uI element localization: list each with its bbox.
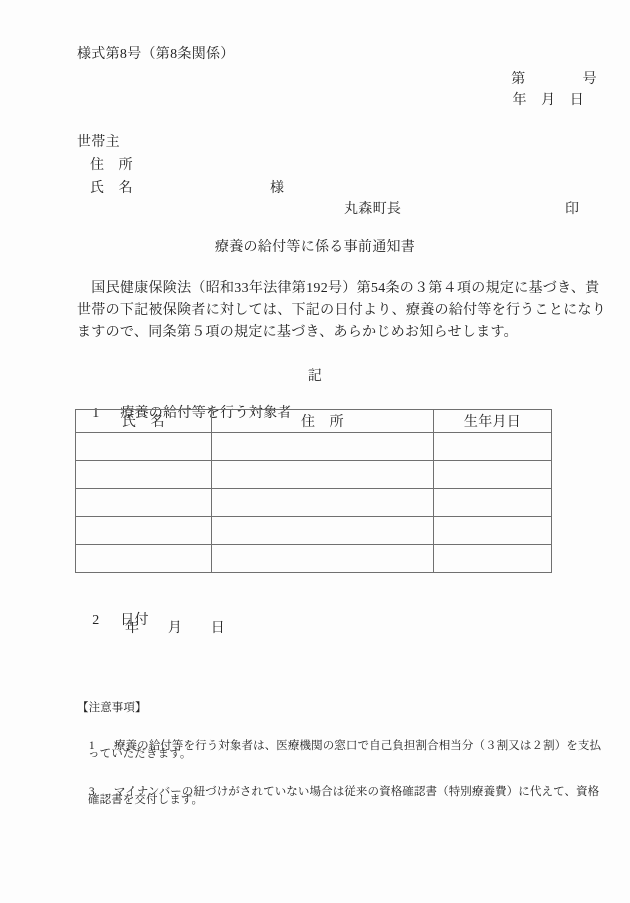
table-row bbox=[76, 517, 552, 545]
body-line-1: 国民健康保険法（昭和33年法律第192号）第54条の３第４項の規定に基づき、貴 bbox=[77, 281, 599, 296]
table-cell bbox=[76, 517, 212, 545]
table-cell bbox=[434, 517, 552, 545]
table-header-address: 住 所 bbox=[212, 410, 434, 433]
table-cell bbox=[212, 461, 434, 489]
document-page: 様式第8号（第8条関係） 第 号 年 月 日 世帯主 住 所 氏 名 様 丸森町… bbox=[0, 0, 630, 903]
honorific-label: 様 bbox=[270, 181, 284, 196]
table-cell bbox=[212, 545, 434, 573]
record-marker: 記 bbox=[0, 369, 630, 384]
notes-heading: 【注意事項】 bbox=[77, 701, 147, 716]
page-title: 療養の給付等に係る事前通知書 bbox=[0, 240, 630, 255]
table-cell bbox=[76, 433, 212, 461]
seal-mark: 印 bbox=[565, 202, 579, 217]
table-row bbox=[76, 489, 552, 517]
body-line-2: 世帯の下記被保険者に対しては、下記の日付より、療養の給付等を行うことになり bbox=[77, 303, 606, 318]
table-cell bbox=[212, 517, 434, 545]
table-cell bbox=[434, 545, 552, 573]
table-header-name: 氏 名 bbox=[76, 410, 212, 433]
note-item-2-line-2: 確認書を交付します。 bbox=[88, 793, 203, 808]
household-head-label: 世帯主 bbox=[77, 135, 120, 150]
form-number-label: 様式第8号（第8条関係） bbox=[77, 47, 235, 62]
section-2-date-placeholder: 年 月 日 bbox=[125, 621, 225, 636]
table-row bbox=[76, 461, 552, 489]
body-line-3: ますので、同条第５項の規定に基づき、あらかじめお知らせします。 bbox=[77, 325, 518, 340]
address-label: 住 所 bbox=[90, 158, 133, 173]
table-cell bbox=[434, 433, 552, 461]
recipients-table: 氏 名 住 所 生年月日 bbox=[75, 409, 552, 573]
table-cell bbox=[212, 433, 434, 461]
table-row bbox=[76, 545, 552, 573]
issue-date-line: 年 月 日 bbox=[513, 93, 585, 108]
table-cell bbox=[434, 461, 552, 489]
table-body bbox=[76, 433, 552, 573]
section-2-number: 2 bbox=[92, 613, 120, 628]
table-cell bbox=[76, 545, 212, 573]
note-item-1-line-2: っていただきます。 bbox=[88, 747, 191, 762]
sender-name: 丸森町長 bbox=[344, 202, 401, 217]
table-cell bbox=[212, 489, 434, 517]
table-cell bbox=[76, 489, 212, 517]
doc-number-line: 第 号 bbox=[511, 72, 597, 87]
table-cell bbox=[76, 461, 212, 489]
table-cell bbox=[434, 489, 552, 517]
name-label: 氏 名 bbox=[90, 181, 133, 196]
table-header-row: 氏 名 住 所 生年月日 bbox=[76, 410, 552, 433]
table-header-birthdate: 生年月日 bbox=[434, 410, 552, 433]
table-row bbox=[76, 433, 552, 461]
